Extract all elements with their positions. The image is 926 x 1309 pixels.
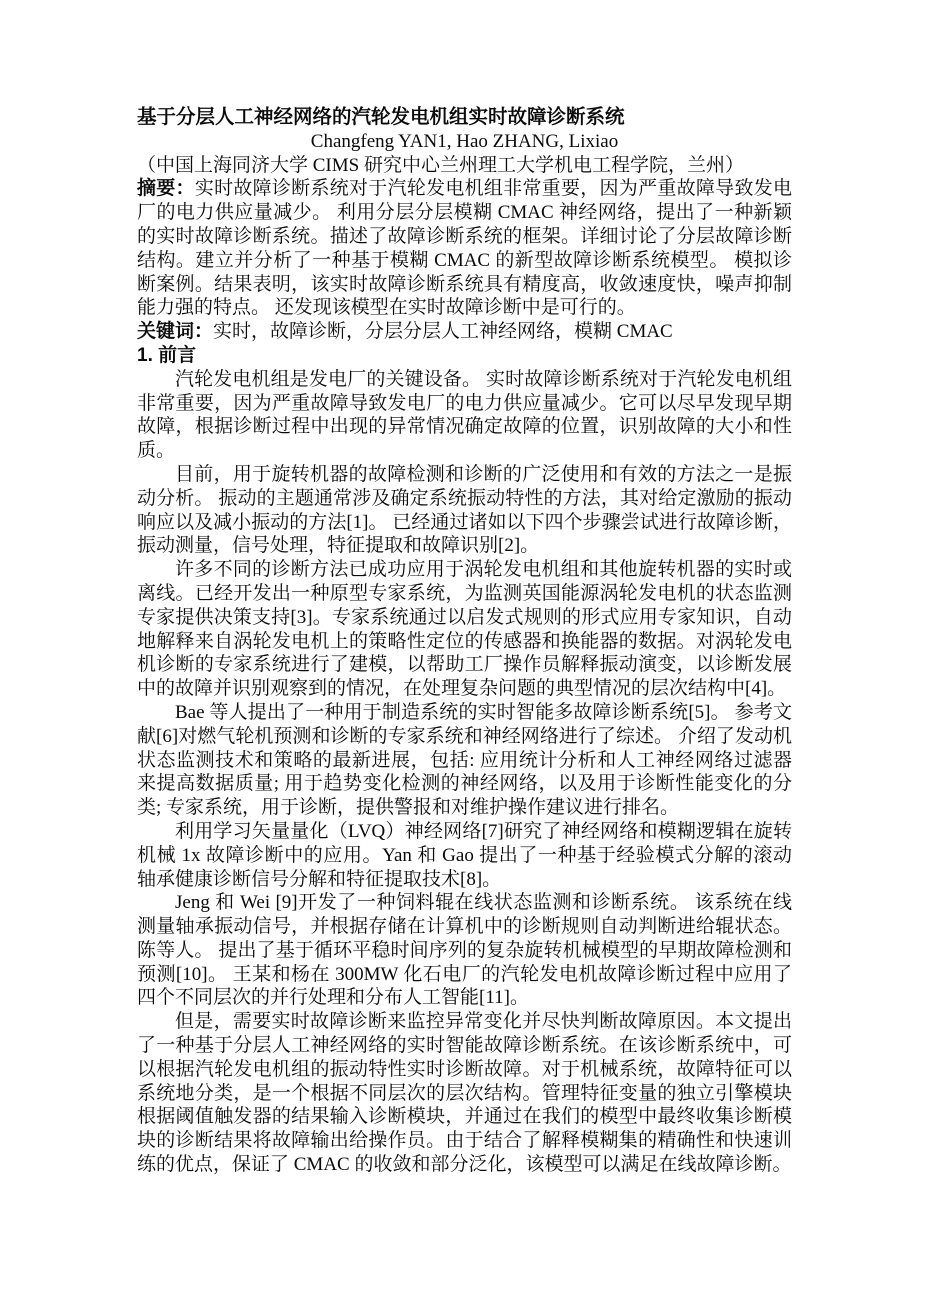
abstract-text: 实时故障诊断系统对于汽轮发电机组非常重要，因为严重故障导致发电厂的电力供应量减少… — [137, 178, 792, 318]
paper-content: 基于分层人工神经网络的汽轮发电机组实时故障诊断系统 Changfeng YAN1… — [137, 106, 792, 1177]
abstract-label: 摘要： — [137, 178, 195, 199]
authors-line: Changfeng YAN1, Hao ZHANG, Lixiao — [137, 130, 792, 154]
keywords-label: 关键词： — [137, 321, 213, 342]
paper-title: 基于分层人工神经网络的汽轮发电机组实时故障诊断系统 — [137, 106, 792, 130]
intro-paragraph-7: 但是，需要实时故障诊断来监控异常变化并尽快判断故障原因。本文提出了一种基于分层人… — [137, 1010, 792, 1177]
abstract: 摘要：实时故障诊断系统对于汽轮发电机组非常重要，因为严重故障导致发电厂的电力供应… — [137, 177, 792, 320]
affiliation-line: （中国上海同济大学 CIMS 研究中心兰州理工大学机电工程学院，兰州） — [137, 154, 792, 178]
section-heading-intro: 1. 前言 — [137, 344, 792, 368]
intro-paragraph-3: 许多不同的诊断方法已成功应用于涡轮发电机组和其他旋转机器的实时或离线。已经开发出… — [137, 558, 792, 701]
intro-paragraph-5: 利用学习矢量量化（LVQ）神经网络[7]研究了神经网络和模糊逻辑在旋转机械 1x… — [137, 820, 792, 891]
keywords-text: 实时，故障诊断，分层分层人工神经网络，模糊 CMAC — [213, 321, 673, 342]
intro-paragraph-1: 汽轮发电机组是发电厂的关键设备。 实时故障诊断系统对于汽轮发电机组非常重要，因为… — [137, 368, 792, 463]
intro-paragraph-4: Bae 等人提出了一种用于制造系统的实时智能多故障诊断系统[5]。 参考文献[6… — [137, 701, 792, 820]
keywords: 关键词：实时，故障诊断，分层分层人工神经网络，模糊 CMAC — [137, 320, 792, 344]
intro-paragraph-6: Jeng 和 Wei [9]开发了一种饲料辊在线状态监测和诊断系统。 该系统在线… — [137, 891, 792, 1010]
document-page: 基于分层人工神经网络的汽轮发电机组实时故障诊断系统 Changfeng YAN1… — [0, 0, 926, 1309]
intro-paragraph-2: 目前，用于旋转机器的故障检测和诊断的广泛使用和有效的方法之一是振动分析。 振动的… — [137, 463, 792, 558]
